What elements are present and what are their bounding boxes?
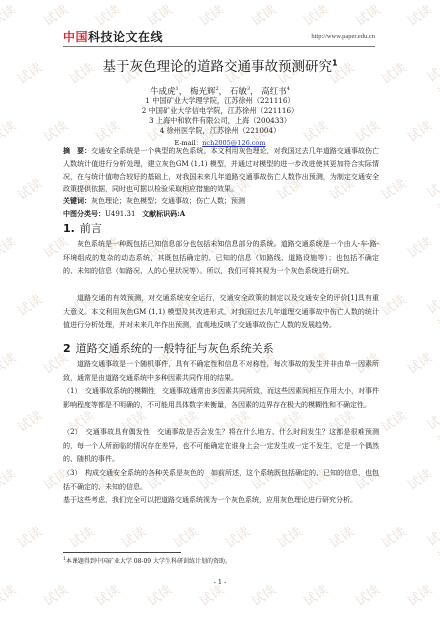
watermark-text: 试读	[247, 0, 279, 30]
watermark-text: 试读	[377, 521, 409, 551]
paragraph: 灰色系统是一种既包括已知信息部分也包括未知信息部分的系统。道路交通系统是一个由人…	[63, 238, 379, 279]
footnote: 1本课题得到中国矿业大学 08-09 大学生科研训练计划的资助。	[63, 556, 231, 565]
logo-dark-text: 科技论文在线	[88, 30, 163, 44]
author-sup: 3	[247, 86, 250, 92]
watermark-text: 试读	[273, 521, 305, 551]
classification: 中图分类号：U491.31 文献标识码:A	[63, 209, 185, 219]
watermark-text: 试读	[195, 0, 227, 30]
watermark-text: 试读	[422, 295, 440, 334]
author-sup: 4	[287, 86, 290, 92]
affiliation: 2 中国矿业大学信电学院，江苏徐州（221116）	[0, 106, 440, 116]
watermark-text: 试读	[422, 411, 440, 450]
doc-code-label: 文献标识码:	[142, 209, 180, 218]
section-title: 前言	[80, 222, 102, 235]
watermark-text: 试读	[39, 0, 71, 30]
watermark-text: 试读	[299, 0, 331, 30]
site-url[interactable]: http://www.paper.edu.cn	[311, 33, 375, 40]
affiliation: 1 中国矿业大学理学院，江苏徐州（221116）	[0, 96, 440, 106]
abstract-label: 摘 要：	[63, 146, 91, 155]
watermark-text: 试读	[422, 527, 440, 566]
watermark-text: 试读	[377, 173, 409, 203]
watermark-text: 试读	[422, 179, 440, 218]
watermark-text: 试读	[403, 347, 435, 377]
watermark-text: 试读	[377, 405, 409, 435]
keywords-text: 灰色理论；灰色模型；交通事故；伤亡人数；预测	[91, 197, 245, 205]
watermark-text: 试读	[403, 463, 435, 493]
paragraph: （1） 交通事故系统的模糊性 交通事故通常由多因素共同所致，而这些因素间相互作用…	[63, 385, 379, 412]
title-text: 基于灰色理论的道路交通事故预测研究	[102, 59, 332, 75]
paragraph: 道路交通的有效预测，对交通系统安全运行，交通安全政策的制定以及交通安全的评价[1…	[63, 292, 379, 333]
watermark-text: 试读	[13, 521, 45, 551]
clc-value: U491.31	[105, 210, 135, 218]
journal-logo: 中国科技论文在线	[63, 30, 163, 44]
footnote-text: 本课题得到中国矿业大学 08-09 大学生科研训练计划的资助。	[66, 558, 231, 565]
watermark-text: 试读	[221, 521, 253, 551]
watermark-text: 试读	[325, 521, 357, 551]
section-title: 道路交通系统的一般特征与灰色系统关系	[76, 342, 274, 355]
paragraph: （3） 构成交通安全系统的各种关系是灰色的 如前所述，这个系统既包括确定的、已知…	[63, 467, 379, 494]
logo-red-text: 中国	[63, 30, 88, 44]
page-number: - 1 -	[0, 578, 440, 586]
paragraph: （2） 交通事故具有偶发性 交通事故是否会发生？将在什么地方、什么时间发生？这都…	[63, 426, 379, 467]
watermark-text: 试读	[0, 463, 19, 493]
watermark-text: 试读	[403, 231, 435, 261]
affiliation: 4 徐州医学院，江苏徐州（221004）	[0, 126, 440, 136]
paragraph: 道路交通事故是一个随机事件，具有不确定性和信息不对称性，每次事故的发生并非由单一…	[63, 358, 379, 385]
watermark-text: 试读	[351, 0, 383, 30]
watermark-text: 试读	[143, 0, 175, 30]
clc-label: 中图分类号：	[63, 209, 105, 218]
footnote-divider	[63, 552, 181, 553]
paragraph: 基于这些考虑，我们完全可以把道路交通系统视为一个灰色系统，应用灰色理论进行研究分…	[63, 494, 379, 508]
abstract: 摘 要：交通安全系统是一个典型的灰色系统。本文利用灰色理论，对我国过去几年道路交…	[63, 145, 379, 196]
watermark-text: 试读	[13, 405, 45, 435]
watermark-text: 试读	[0, 231, 19, 261]
paper-title: 基于灰色理论的道路交通事故预测研究1	[0, 55, 440, 75]
keywords-label: 关键词：	[63, 196, 91, 205]
abstract-text: 交通安全系统是一个典型的灰色系统。本文利用灰色理论，对我国过去几年道路交通事故伤…	[63, 147, 379, 193]
watermark-text: 试读	[65, 521, 97, 551]
watermark-text: 试读	[91, 0, 123, 30]
watermark-text: 试读	[403, 0, 435, 30]
affiliation: 3 上海中和软件有限公司，上海（200433）	[0, 116, 440, 126]
watermark-text: 试读	[0, 0, 19, 30]
watermark-text: 试读	[13, 173, 45, 203]
section-number: 1.	[63, 222, 75, 235]
watermark-text: 试读	[169, 521, 201, 551]
watermark-text: 试读	[13, 289, 45, 319]
page-header: 中国科技论文在线 http://www.paper.edu.cn	[63, 30, 375, 47]
watermark-text: 试读	[117, 521, 149, 551]
watermark-text: 试读	[0, 347, 19, 377]
title-footnote-mark: 1	[332, 59, 338, 68]
author-sup: 1	[176, 86, 179, 92]
section-heading-2: 2道路交通系统的一般特征与灰色系统关系	[63, 340, 274, 356]
doc-code-value: A	[180, 209, 185, 218]
section-heading-1: 1.前言	[63, 220, 102, 236]
watermark-text: 试读	[377, 289, 409, 319]
keywords: 关键词：灰色理论；灰色模型；交通事故；伤亡人数；预测	[63, 196, 245, 206]
author-sup: 2	[215, 86, 218, 92]
section-number: 2	[63, 342, 71, 355]
